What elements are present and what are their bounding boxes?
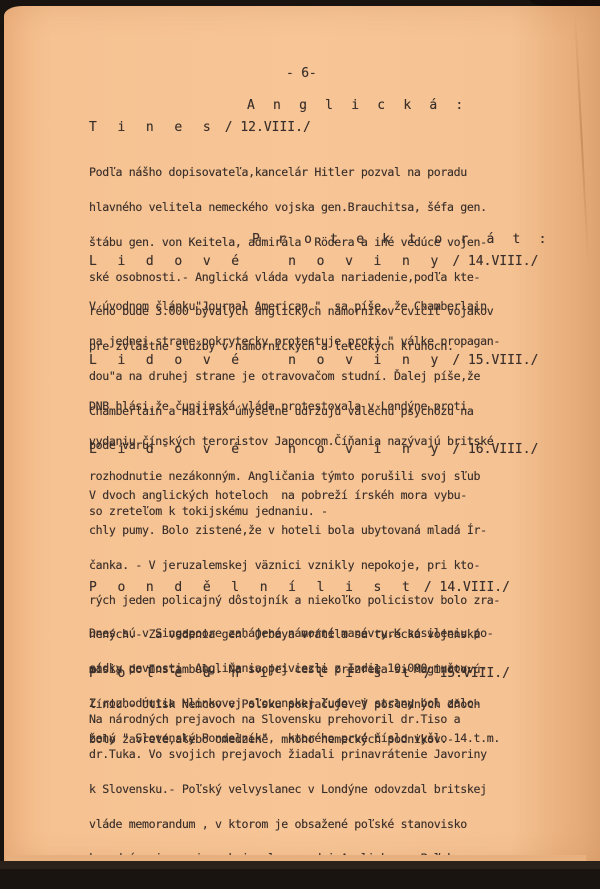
text-line: Podľa nášho dopisovateľa,kancelár Hitler… (89, 167, 493, 179)
page-number: - 6- (286, 66, 317, 81)
text-line: na jednej strane pokrytecky protestuje p… (89, 336, 500, 348)
source-date: / 15.VIII./ (424, 666, 510, 681)
text-line: vláde memorandum , v ktorom je obsažené … (89, 819, 487, 831)
source-date: / 12.VIII./ (225, 120, 311, 135)
source-heading: L i d o v é n o v i n y / 15.VIII./ (89, 353, 538, 368)
text-line: dr.Tuka. Vo svojich prejavoch žiadali pr… (89, 749, 487, 761)
text-line: DNB hlási,že čunjinská vláda protestoval… (89, 401, 493, 413)
source-heading: L i d o v é n o v i n y / 14.VIII./ (89, 254, 538, 269)
scan-border-bottom (0, 861, 600, 869)
page-fold-line (574, 12, 589, 262)
source-name: P o l e d n í l i s t (89, 666, 416, 681)
source-heading: P o l e d n í l i s t / 15.VIII./ (89, 666, 510, 681)
source-date: / 15.VIII./ (452, 353, 538, 368)
article-body: Na národných prejavoch na Slovensku preh… (89, 691, 487, 869)
text-line: V úvodnom článku"Journal American " sa p… (89, 301, 500, 313)
text-line: čanka. - V jeruzalemskej väznici vznikly… (89, 560, 500, 572)
source-name: L i d o v é n o v i n y (89, 353, 445, 368)
source-name: T i n e s (89, 120, 217, 135)
section-heading-anglicka: A n g l i c k á : (247, 98, 468, 113)
source-date: / 14.VIII./ (452, 254, 538, 269)
text-line: hlavného velitela nemeckého vojska gen.B… (89, 202, 493, 214)
source-heading: T i n e s / 12.VIII./ (89, 120, 311, 135)
source-date: / 16.VIII./ (452, 442, 538, 457)
section-heading-protektorat: P r o t e k t o r á t : (252, 232, 552, 247)
source-heading: P o n d ě l n í l i s t / 14.VIII./ (89, 580, 510, 595)
text-line: chly pumy. Bolo zistené,že v hoteli bola… (89, 525, 500, 537)
source-name: P o n d ě l n í l i s t (89, 580, 416, 595)
source-heading: L i d o v é n o v i n y / 16.VIII./ (89, 442, 538, 457)
source-name: L i d o v é n o v i n y (89, 442, 445, 457)
text-line: Dnes sú v Singapoore zahájené námorné ma… (89, 628, 500, 640)
text-line: k Slovensku.- Poľský velvyslanec v Londý… (89, 784, 487, 796)
source-date: / 14.VIII./ (424, 580, 510, 595)
text-line: V dvoch anglických hoteloch na pobreží í… (89, 490, 500, 502)
document-page: - 6- A n g l i c k á : T i n e s / 12.VI… (4, 6, 600, 861)
source-name: L i d o v é n o v i n y (89, 254, 445, 269)
text-line: Na národných prejavoch na Slovensku preh… (89, 714, 487, 726)
